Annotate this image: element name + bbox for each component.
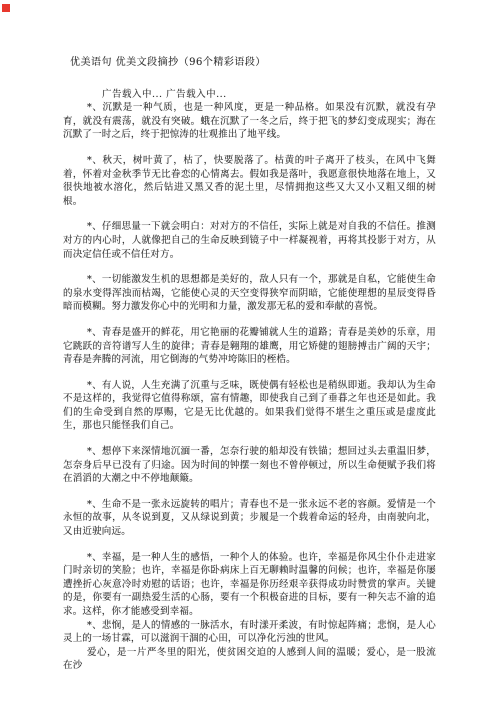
document-title: 优美语句 优美文段摘抄（96个精彩语段） bbox=[70, 56, 436, 70]
paragraph: *、想停下来深情地沉湎一番，怎奈行驶的船却没有铁锚；想回过头去重温旧梦，怎奈身后… bbox=[63, 445, 436, 486]
paragraph: 爱心，是一片严冬里的阳光，使贫困交迫的人感到人间的温暖；爱心，是一股流在沙 bbox=[63, 646, 436, 673]
paragraph: *、仔细思量一下就会明白：对对方的不信任，实际上就是对自我的不信任。推测对方的内… bbox=[63, 220, 436, 261]
paragraph: *、一切能激发生机的思想都是美好的，敌人只有一个，那就是自私，它能使生命的泉水变… bbox=[63, 273, 436, 314]
paragraph: *、沉默是一种气质，也是一种风度，更是一种品格。如果没有沉默，就没有孕育，就没有… bbox=[63, 101, 436, 142]
paragraph: *、秋天，树叶黄了，枯了，快要脱落了。枯黄的叶子离开了枝头，在风中飞舞着，怀着对… bbox=[63, 154, 436, 208]
document-page: 优美语句 优美文段摘抄（96个精彩语段） 广告载入中... 广告载入中... *… bbox=[0, 0, 500, 673]
paragraph-list: *、沉默是一种气质，也是一种风度，更是一种品格。如果没有沉默，就没有孕育，就没有… bbox=[63, 101, 436, 673]
paragraph: *、青春是盛开的鲜花，用它艳丽的花瓣铺就人生的道路；青春是美妙的乐章，用它跳跃的… bbox=[63, 326, 436, 367]
paragraph: *、幸福，是一种人生的感悟，一种个人的体验。也许，幸福是你风尘仆仆走进家门时亲切… bbox=[63, 551, 436, 619]
paragraph: *、有人说，人生充满了沉重与乏味，既使偶有轻松也是稍纵即逝。我却认为生命不是这样… bbox=[63, 379, 436, 433]
paragraph: *、生命不是一张永远旋转的唱片；青春也不是一张永远不老的容颜。爱情是一个永恒的故… bbox=[63, 498, 436, 539]
paragraph: *、悲悯，是人的情感的一脉活水，有时漾开柔波，有时惊起阵痛；悲悯，是人心灵上的一… bbox=[63, 619, 436, 646]
ad-loading-text: 广告载入中... 广告载入中... bbox=[63, 88, 436, 102]
